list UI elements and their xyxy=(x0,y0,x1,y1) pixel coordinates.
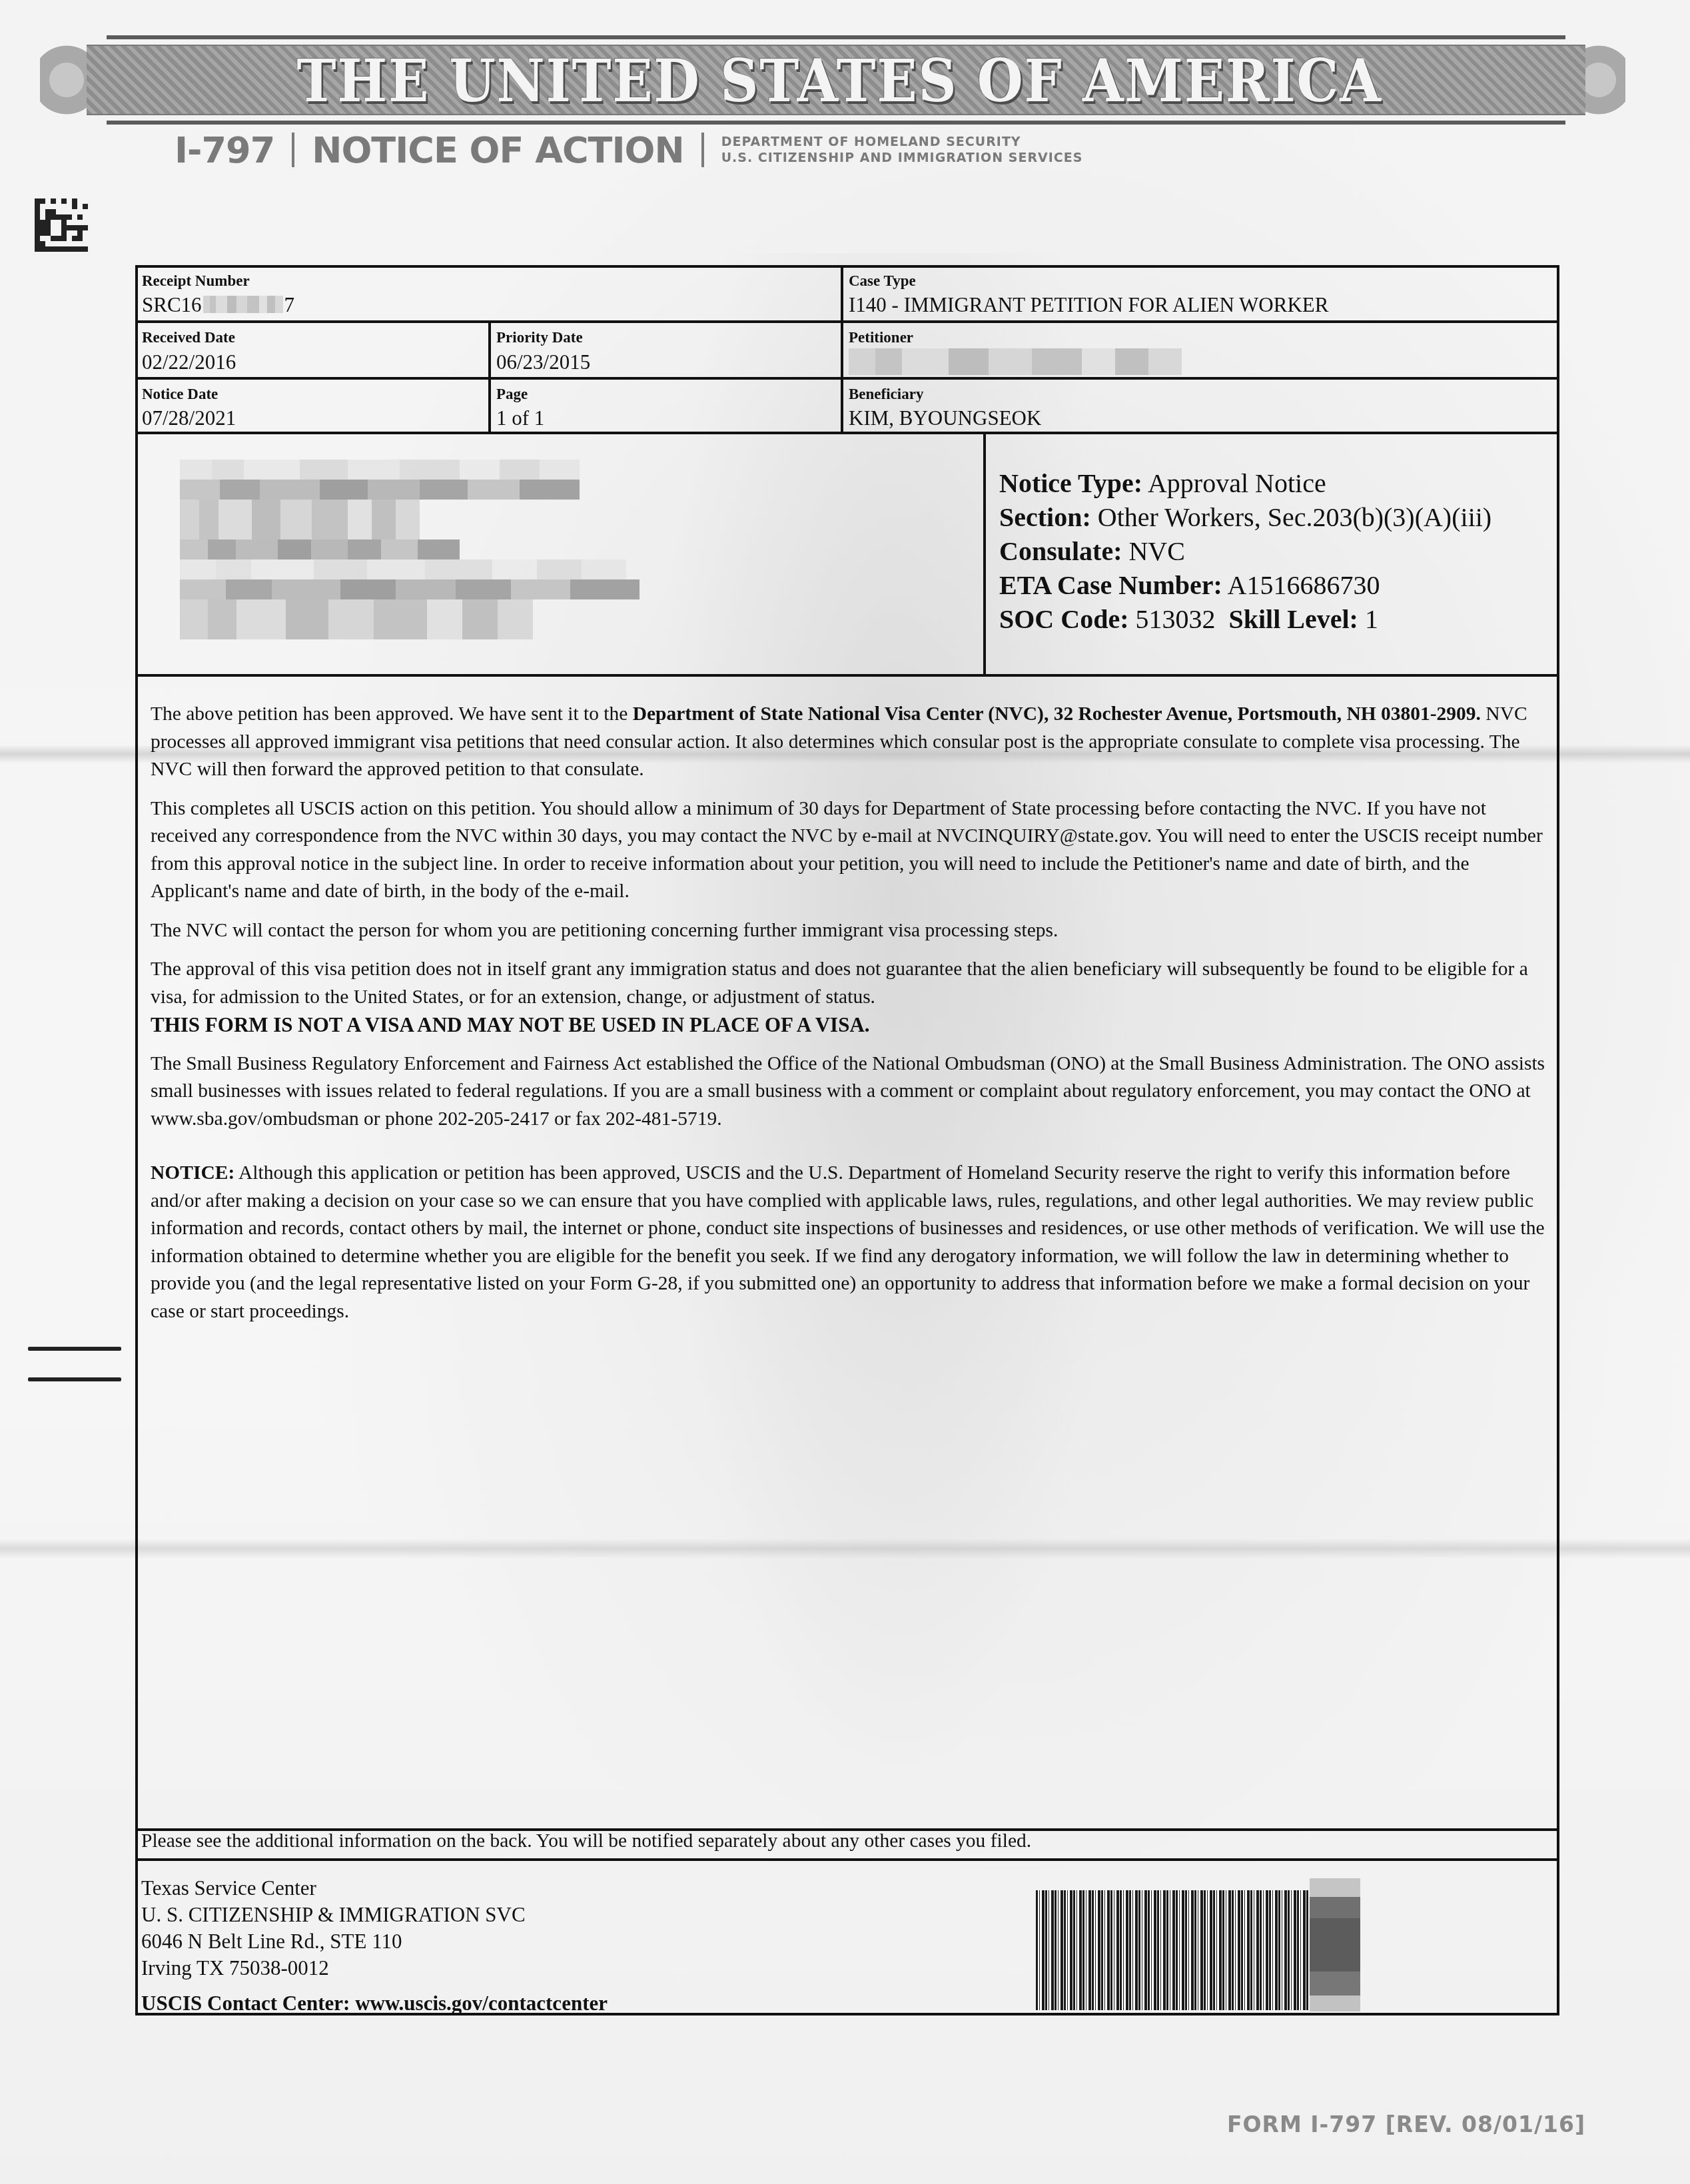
beneficiary-label: Beneficiary xyxy=(849,386,923,403)
case-type-label: Case Type xyxy=(849,272,916,290)
grid-rule xyxy=(841,265,843,434)
address-line: Irving TX 75038-0012 xyxy=(141,1955,526,1982)
redacted-digits xyxy=(203,296,283,313)
agency-line: U.S. CITIZENSHIP AND IMMIGRATION SERVICE… xyxy=(721,150,1083,166)
header-banner: THE UNITED STATES OF AMERICA xyxy=(40,30,1625,130)
case-type-value: I140 - IMMIGRANT PETITION FOR ALIEN WORK… xyxy=(849,293,1328,317)
address-line: U. S. CITIZENSHIP & IMMIGRATION SVC xyxy=(141,1902,526,1928)
service-center-address: Texas Service Center U. S. CITIZENSHIP &… xyxy=(141,1875,526,1982)
priority-date-label: Priority Date xyxy=(496,329,583,346)
divider xyxy=(292,133,294,167)
receipt-number-label: Receipt Number xyxy=(142,272,250,290)
notice-date-value: 07/28/2021 xyxy=(142,406,236,430)
not-a-visa-warning: THIS FORM IS NOT A VISA AND MAY NOT BE U… xyxy=(151,1011,1549,1039)
address-redacted xyxy=(180,540,460,559)
grid-rule xyxy=(135,1858,1559,1861)
priority-date-value: 06/23/2015 xyxy=(496,350,590,374)
grid-rule xyxy=(135,432,1559,434)
notice-body: The above petition has been approved. We… xyxy=(151,701,1549,1337)
received-date-value: 02/22/2016 xyxy=(142,350,236,374)
grid-rule xyxy=(135,320,1559,323)
eta-case-number-value: A1516686730 xyxy=(1228,570,1380,600)
page-label: Page xyxy=(496,386,528,403)
grid-rule xyxy=(983,432,986,677)
petitioner-label: Petitioner xyxy=(849,329,913,346)
petitioner-redacted xyxy=(849,348,1182,375)
text: Although this application or petition ha… xyxy=(151,1162,1545,1322)
additional-info-note: Please see the additional information on… xyxy=(141,1830,1031,1852)
address-redacted xyxy=(180,599,533,639)
section-label: Section: xyxy=(999,502,1091,532)
address-redacted xyxy=(180,460,580,480)
receipt-number-value: SRC167 xyxy=(142,293,294,317)
notice-type-label: Notice Type: xyxy=(999,468,1142,498)
form-number: I-797 xyxy=(175,129,274,171)
ombudsman-paragraph: The Small Business Regulatory Enforcemen… xyxy=(151,1050,1549,1134)
department-line: DEPARTMENT OF HOMELAND SECURITY xyxy=(721,134,1083,150)
notice-type-value: Approval Notice xyxy=(1148,468,1326,498)
department-name: DEPARTMENT OF HOMELAND SECURITY U.S. CIT… xyxy=(721,134,1083,166)
form-revision: FORM I-797 [REV. 08/01/16] xyxy=(1227,2111,1585,2137)
barcode-icon xyxy=(1036,1890,1309,2010)
grid-rule xyxy=(135,377,1559,380)
soc-code-value: 513032 xyxy=(1135,604,1215,634)
eta-case-number-label: ETA Case Number: xyxy=(999,570,1222,600)
verification-notice-paragraph: NOTICE: Although this application or pet… xyxy=(151,1160,1549,1325)
consulate-label: Consulate: xyxy=(999,536,1122,566)
scroll-ornament-icon xyxy=(40,30,93,130)
banner-rule xyxy=(107,35,1565,39)
receipt-number-suffix: 7 xyxy=(284,293,295,316)
skill-level-label: Skill Level: xyxy=(1228,604,1358,634)
soc-line: SOC Code: 513032 Skill Level: 1 xyxy=(999,602,1491,636)
eta-line: ETA Case Number: A1516686730 xyxy=(999,568,1491,602)
approval-paragraph: The above petition has been approved. We… xyxy=(151,701,1549,784)
address-redacted xyxy=(180,480,580,500)
address-line: Texas Service Center xyxy=(141,1875,526,1902)
status-disclaimer-paragraph: The approval of this visa petition does … xyxy=(151,956,1549,1011)
grid-rule xyxy=(135,674,1559,677)
consulate-value: NVC xyxy=(1128,536,1184,566)
address-line: 6046 N Belt Line Rd., STE 110 xyxy=(141,1928,526,1955)
divider xyxy=(701,133,704,167)
fold-mark xyxy=(28,1347,121,1351)
receipt-number-prefix: SRC16 xyxy=(142,293,202,316)
barcode-redacted xyxy=(1310,1878,1360,2011)
notice-title: NOTICE OF ACTION xyxy=(312,129,683,171)
notice-date-label: Notice Date xyxy=(142,386,218,403)
soc-code-label: SOC Code: xyxy=(999,604,1128,634)
address-redacted xyxy=(180,559,626,579)
section-value: Other Workers, Sec.203(b)(3)(A)(iii) xyxy=(1098,502,1491,532)
address-redacted xyxy=(180,579,639,599)
section-line: Section: Other Workers, Sec.203(b)(3)(A)… xyxy=(999,500,1491,534)
datamatrix-barcode-icon xyxy=(35,198,88,252)
uscis-action-paragraph: This completes all USCIS action on this … xyxy=(151,795,1549,906)
skill-level-value: 1 xyxy=(1365,604,1378,634)
fold-mark xyxy=(28,1377,121,1381)
beneficiary-value: KIM, BYOUNGSEOK xyxy=(849,406,1041,430)
contact-center: USCIS Contact Center: www.uscis.gov/cont… xyxy=(141,1992,608,2015)
nvc-address: Department of State National Visa Center… xyxy=(633,703,1481,725)
consulate-line: Consulate: NVC xyxy=(999,534,1491,568)
notice-details: Notice Type: Approval Notice Section: Ot… xyxy=(999,466,1491,636)
notice-header: I-797 NOTICE OF ACTION DEPARTMENT OF HOM… xyxy=(175,127,1082,173)
banner-rule xyxy=(107,121,1565,125)
grid-rule xyxy=(488,320,491,434)
notice-type-line: Notice Type: Approval Notice xyxy=(999,466,1491,500)
nvc-contact-paragraph: The NVC will contact the person for whom… xyxy=(151,917,1549,945)
text: The above petition has been approved. We… xyxy=(151,703,633,725)
received-date-label: Received Date xyxy=(142,329,235,346)
banner-title: THE UNITED STATES OF AMERICA xyxy=(198,46,1481,115)
page-value: 1 of 1 xyxy=(496,406,544,430)
address-redacted xyxy=(180,500,420,540)
notice-label: NOTICE: xyxy=(151,1162,234,1184)
